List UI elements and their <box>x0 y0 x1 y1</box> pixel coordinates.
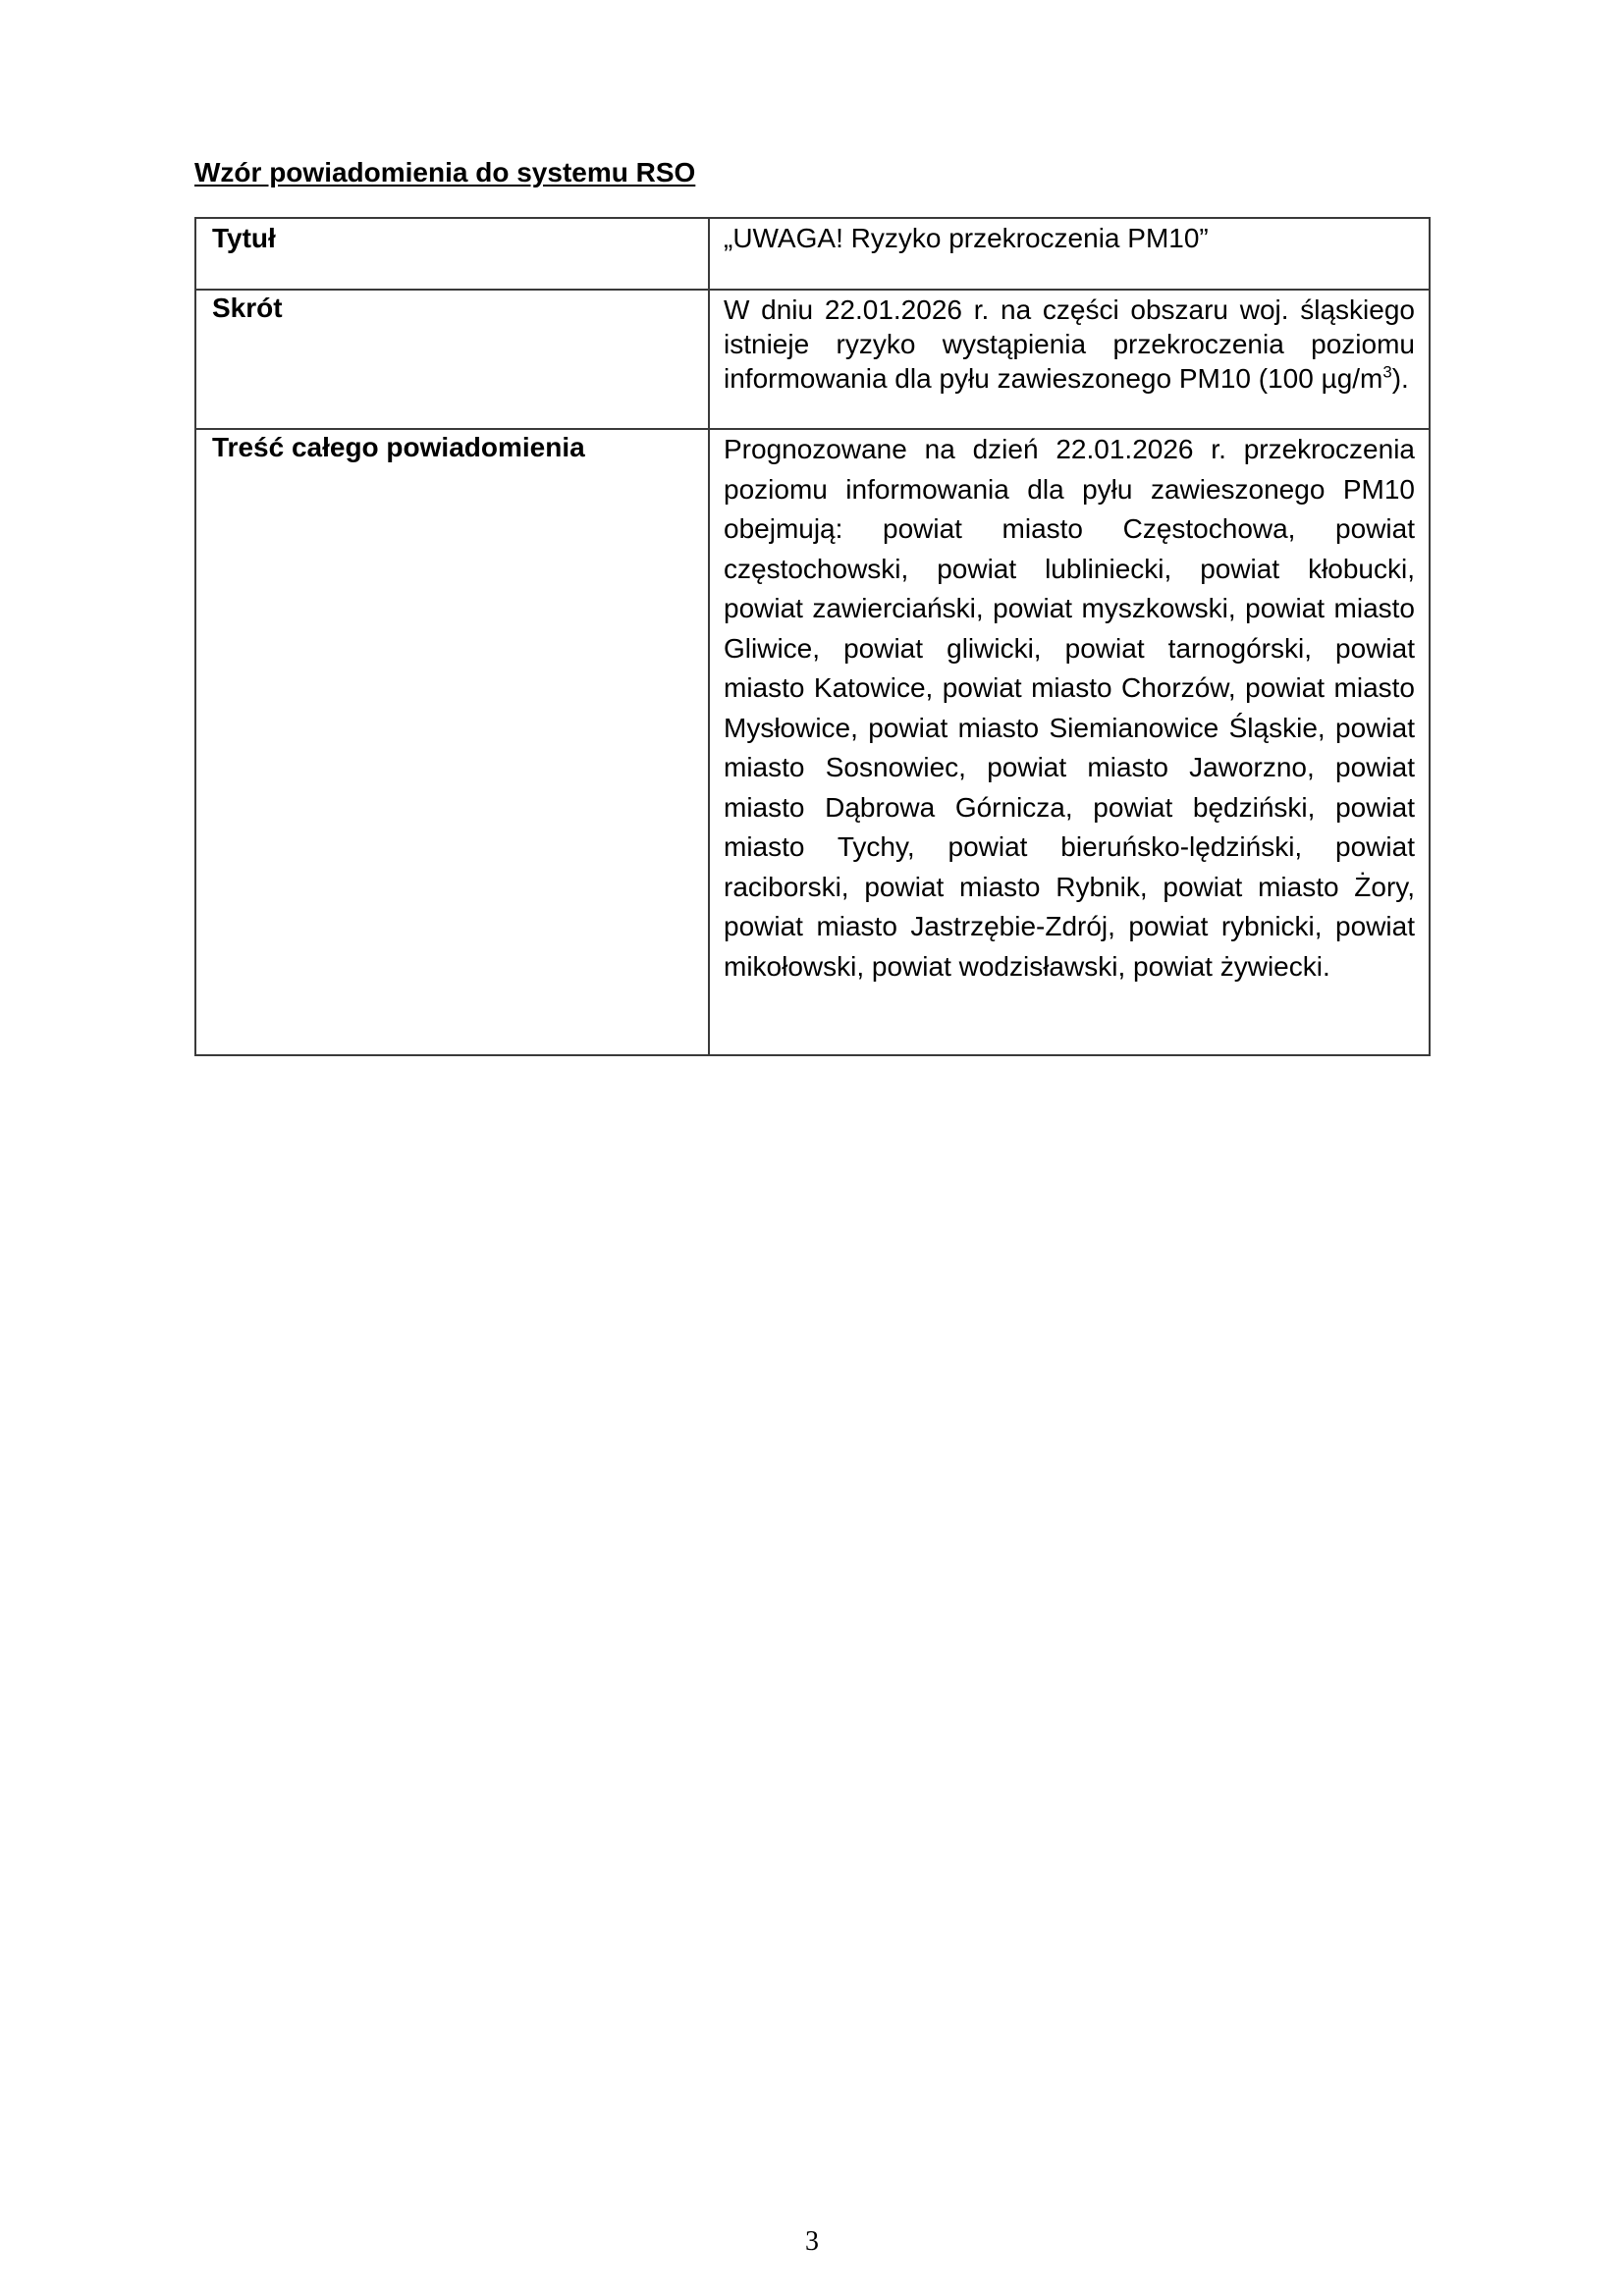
row-label-title: Tytuł <box>195 218 709 290</box>
summary-unit-superscript: 3 <box>1382 363 1391 382</box>
row-value-full-content: Prognozowane na dzień 22.01.2026 r. prze… <box>709 429 1430 1055</box>
table-row-summary: Skrót W dniu 22.01.2026 r. na części obs… <box>195 290 1430 429</box>
row-value-title: „UWAGA! Ryzyko przekroczenia PM10” <box>709 218 1430 290</box>
table-row-title: Tytuł „UWAGA! Ryzyko przekroczenia PM10” <box>195 218 1430 290</box>
row-value-summary: W dniu 22.01.2026 r. na części obszaru w… <box>709 290 1430 429</box>
summary-text: W dniu 22.01.2026 r. na części obszaru w… <box>724 294 1415 394</box>
row-label-summary: Skrót <box>195 290 709 429</box>
document-heading: Wzór powiadomienia do systemu RSO <box>194 157 695 188</box>
summary-text-tail: ). <box>1392 363 1409 394</box>
rso-notification-template-table: Tytuł „UWAGA! Ryzyko przekroczenia PM10”… <box>194 217 1431 1056</box>
row-label-full-content: Treść całego powiadomienia <box>195 429 709 1055</box>
page-number: 3 <box>0 2226 1624 2258</box>
table-row-full-content: Treść całego powiadomienia Prognozowane … <box>195 429 1430 1055</box>
